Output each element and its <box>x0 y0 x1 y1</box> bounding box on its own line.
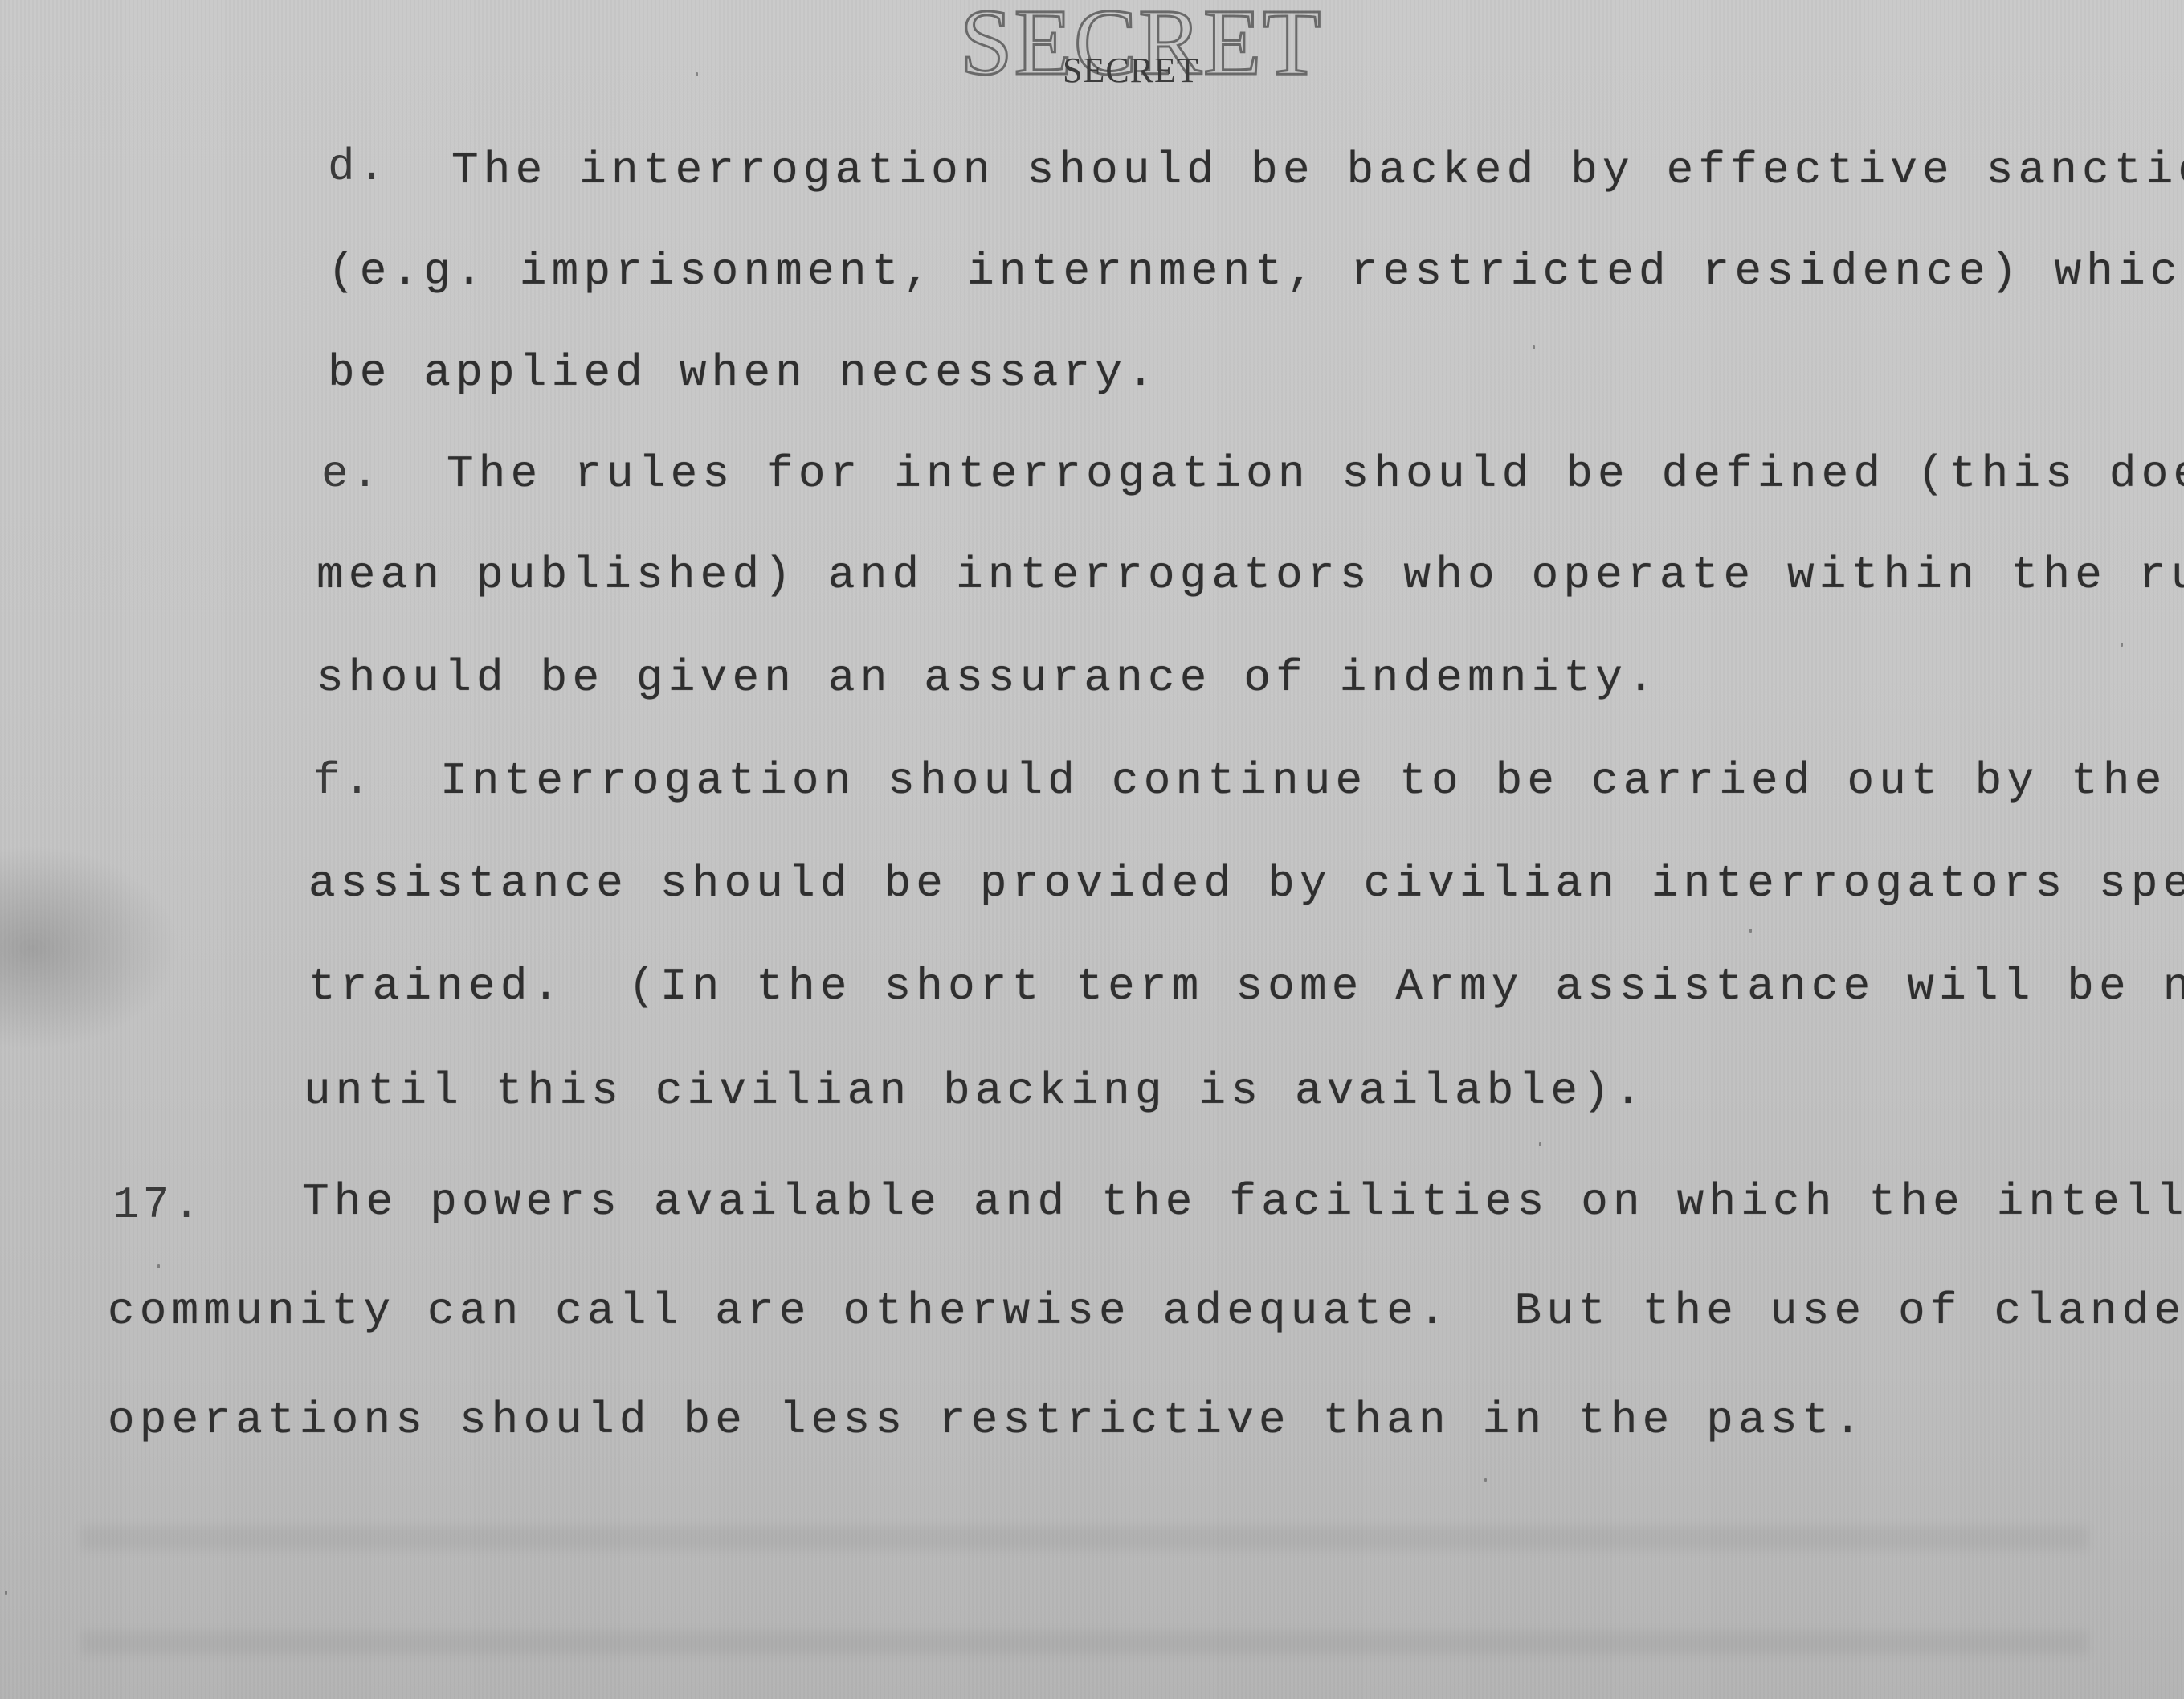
paragraph-e-label: e. <box>321 451 382 496</box>
scan-speck <box>696 72 698 76</box>
scan-speck <box>5 1591 7 1595</box>
reverse-side-show-through <box>80 1494 2088 1687</box>
paragraph-f-line-2: assistance should be provided by civilia… <box>308 861 2184 906</box>
paragraph-d-line-3: be applied when necessary. <box>328 350 1159 395</box>
paragraph-d-line-2: (e.g. imprisonment, internment, restrict… <box>328 249 2184 294</box>
paragraph-f-line-3: trained. (In the short term some Army as… <box>308 964 2184 1009</box>
paragraph-d-line-1: The interrogation should be backed by ef… <box>451 148 2184 193</box>
scan-speck <box>1533 345 1535 349</box>
paragraph-e-line-2: mean published) and interrogators who op… <box>316 553 2184 598</box>
scan-speck <box>157 1264 160 1268</box>
paragraph-d-label: d. <box>328 145 388 190</box>
paragraph-f-line-1: Interrogation should continue to be carr… <box>440 758 2184 803</box>
scan-speck <box>1749 929 1752 933</box>
classification-stamp: SECRET SECRET <box>960 2 1345 90</box>
paragraph-f-label: f. <box>313 758 374 803</box>
scan-speck <box>1484 1478 1487 1482</box>
paragraph-17-line-1: The powers available and the facilities … <box>302 1179 2184 1224</box>
paragraph-17-line-3: operations should be less restrictive th… <box>108 1398 1866 1443</box>
scan-speck <box>2121 643 2123 647</box>
paragraph-17-label: 17. <box>112 1182 203 1227</box>
paragraph-17-line-2: community can call are otherwise adequat… <box>108 1289 2184 1333</box>
paragraph-e-line-3: should be given an assurance of indemnit… <box>316 656 1659 700</box>
paragraph-e-line-1: The rules for interrogation should be de… <box>447 451 2184 496</box>
scan-speck <box>1539 1142 1541 1146</box>
paragraph-f-line-4: until this civilian backing is available… <box>304 1068 1647 1113</box>
classification-stamp-small: SECRET <box>1063 53 1199 88</box>
